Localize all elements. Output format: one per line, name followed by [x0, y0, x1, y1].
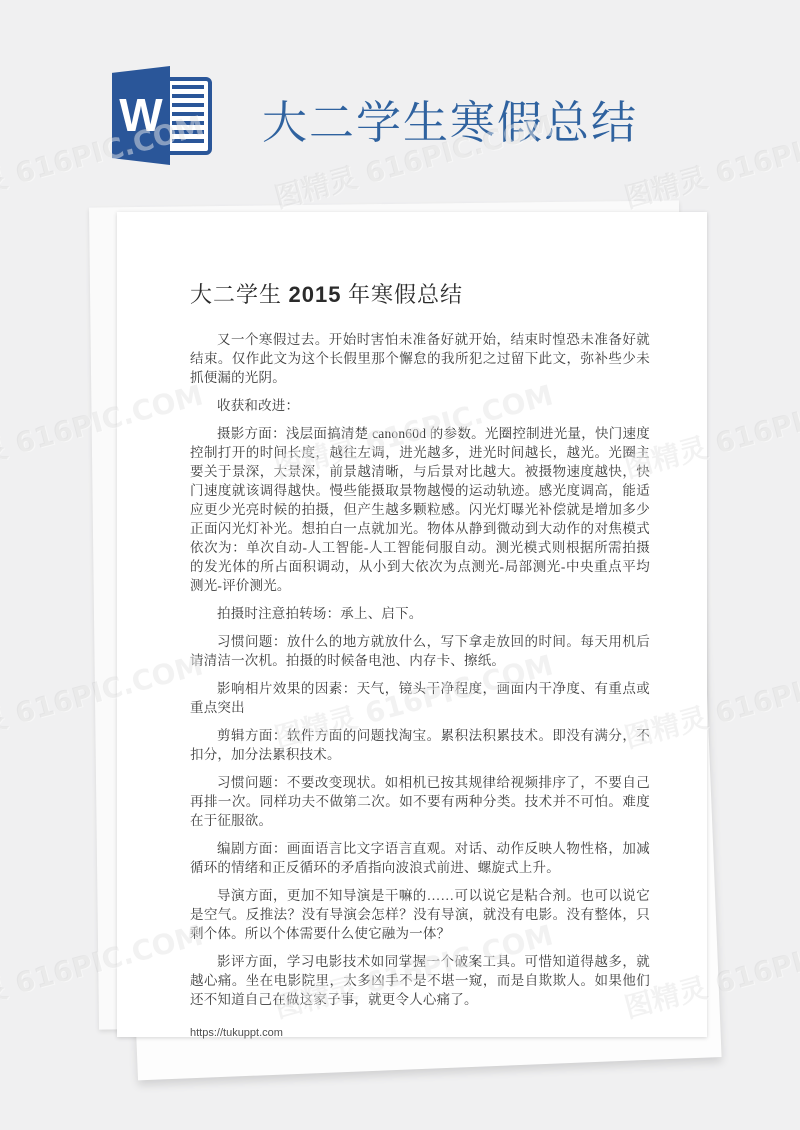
- page-background: W 大二学生寒假总结 大二学生 2015 年寒假总结 又一个寒假过去。开始时害怕…: [0, 0, 800, 1130]
- word-w-panel-icon: W: [112, 66, 170, 165]
- doc-paragraph: 编剧方面：画面语言比文字语言直观。对话、动作反映人物性格，加减循环的情绪和正反循…: [190, 839, 650, 877]
- doc-paragraph: 影评方面，学习电影技术如同掌握一个破案工具。可惜知道得越多，就越心痛。坐在电影院…: [190, 952, 650, 1009]
- word-document-lines-icon: [172, 85, 204, 147]
- document-title-suffix: 年寒假总结: [341, 282, 463, 307]
- doc-paragraph: 导演方面，更加不知导演是干嘛的……可以说它是粘合剂。也可以说它是空气。反推法？没…: [190, 886, 650, 943]
- word-letter: W: [119, 92, 162, 138]
- document-title-prefix: 大二学生: [190, 282, 289, 307]
- doc-paragraph: 习惯问题：放什么的地方就放什么，写下拿走放回的时间。每天用机后请清洁一次机。拍摄…: [190, 632, 650, 670]
- doc-paragraph: 又一个寒假过去。开始时害怕未准备好就开始，结束时惶恐未准备好就结束。仅作此文为这…: [190, 330, 650, 387]
- word-document-sheet-icon: [164, 77, 212, 155]
- document-body: 又一个寒假过去。开始时害怕未准备好就开始，结束时惶恐未准备好就结束。仅作此文为这…: [190, 330, 650, 1009]
- document-page: 大二学生 2015 年寒假总结 又一个寒假过去。开始时害怕未准备好就开始，结束时…: [117, 212, 707, 1037]
- doc-paragraph: 习惯问题：不要改变现状。如相机已按其规律给视频排序了，不要自己再排一次。同样功夫…: [190, 773, 650, 830]
- doc-paragraph: 影响相片效果的因素：天气，镜头干净程度，画面内干净度、有重点或重点突出: [190, 679, 650, 717]
- footer-url: https://tukuppt.com: [190, 1027, 650, 1039]
- doc-paragraph: 剪辑方面：软件方面的问题找淘宝。累积法积累技术。即没有满分，不扣分，加分法累积技…: [190, 726, 650, 764]
- word-icon: W: [112, 66, 216, 168]
- doc-paragraph: 收获和改进：: [190, 396, 650, 415]
- page-title: 大二学生寒假总结: [262, 86, 638, 151]
- document-title: 大二学生 2015 年寒假总结: [190, 280, 650, 310]
- doc-paragraph: 摄影方面：浅层面搞清楚 canon60d 的参数。光圈控制进光量，快门速度控制打…: [190, 424, 650, 595]
- watermark-text: 图精灵 616PIC.COM: [620, 104, 800, 217]
- doc-paragraph: 拍摄时注意拍转场：承上、启下。: [190, 604, 650, 623]
- document-title-year: 2015: [289, 282, 342, 307]
